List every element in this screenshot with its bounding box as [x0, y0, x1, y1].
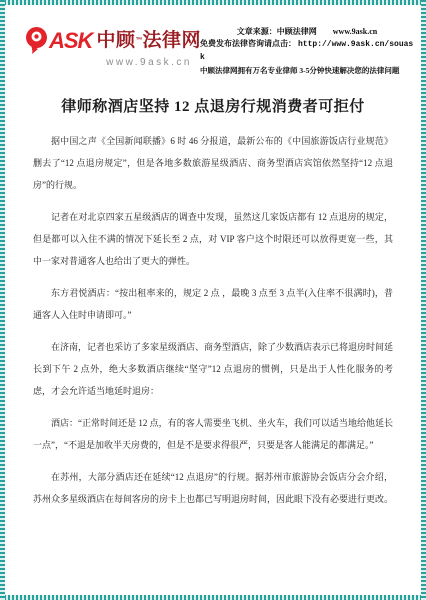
consult-line: 免费发布法律咨询请点击： http://www.9ask.cn/souask: [200, 38, 414, 64]
site-logo-row: ASK 中顾 ™ 法律网: [24, 26, 196, 55]
trademark-symbol: ™: [135, 37, 142, 44]
document-header: ASK 中顾 ™ 法律网 www.9ask.cn 文章来源：中顾法律网 www.…: [24, 26, 414, 77]
article-source-label: 文章来源：中顾法律网: [237, 26, 317, 38]
article-paragraph: 记者在对北京四家五星级酒店的调查中发现，虽然这几家饭店都有 12 点退房的规定，…: [33, 206, 393, 272]
page-border-top: [0, 0, 426, 5]
article-source-line: 文章来源：中顾法律网 www.9ask.cn: [200, 26, 414, 38]
article-paragraph: 在苏州，大部分酒店还在延续“12 点退房”的行规。据苏州市旅游协会饭店分会介绍，…: [33, 466, 393, 510]
slogan-line: 中顾法律网拥有万名专业律师 3-5分钟快速解决您的法律问题: [200, 65, 414, 77]
consult-label: 免费发布法律咨询请点击：: [200, 39, 296, 48]
9ask-nine-icon: [24, 26, 49, 55]
site-logo: ASK 中顾 ™ 法律网 www.9ask.cn: [24, 26, 196, 68]
page-border-bottom: [0, 595, 426, 600]
document-page: ASK 中顾 ™ 法律网 www.9ask.cn 文章来源：中顾法律网 www.…: [0, 0, 426, 600]
article-title: 律师称酒店坚持 12 点退房行规消费者可拒付: [20, 95, 406, 116]
page-border-right: [421, 0, 426, 600]
header-info-block: 文章来源：中顾法律网 www.9ask.cn 免费发布法律咨询请点击： http…: [200, 26, 414, 77]
logo-cn-suffix: 法律网: [142, 31, 201, 50]
article-paragraph: 据中国之声《全国新闻联播》6 时 46 分报道，最新公布的《中国旅游饭店行业规范…: [33, 130, 393, 196]
article-source-url: www.9ask.cn: [333, 26, 377, 38]
logo-cn-name: 中顾: [96, 31, 135, 50]
article-paragraph: 东方君悦酒店：“按出租率来的，规定 2 点 ，最晚 3 点至 3 点半(入住率不…: [33, 282, 393, 326]
logo-ask-text: ASK: [49, 30, 92, 52]
logo-website-url: www.9ask.cn: [24, 57, 196, 68]
article-body: 据中国之声《全国新闻联播》6 时 46 分报道，最新公布的《中国旅游饭店行业规范…: [33, 130, 393, 510]
article-paragraph: 酒店：“正常时间还是 12 点，有的客人需要坐飞机、坐火车，我们可以适当地给他延…: [33, 412, 393, 456]
page-border-left: [0, 0, 5, 600]
article-paragraph: 在济南，记者也采访了多家星级酒店、商务型酒店，除了少数酒店表示已将退房时间延长到…: [33, 336, 393, 402]
